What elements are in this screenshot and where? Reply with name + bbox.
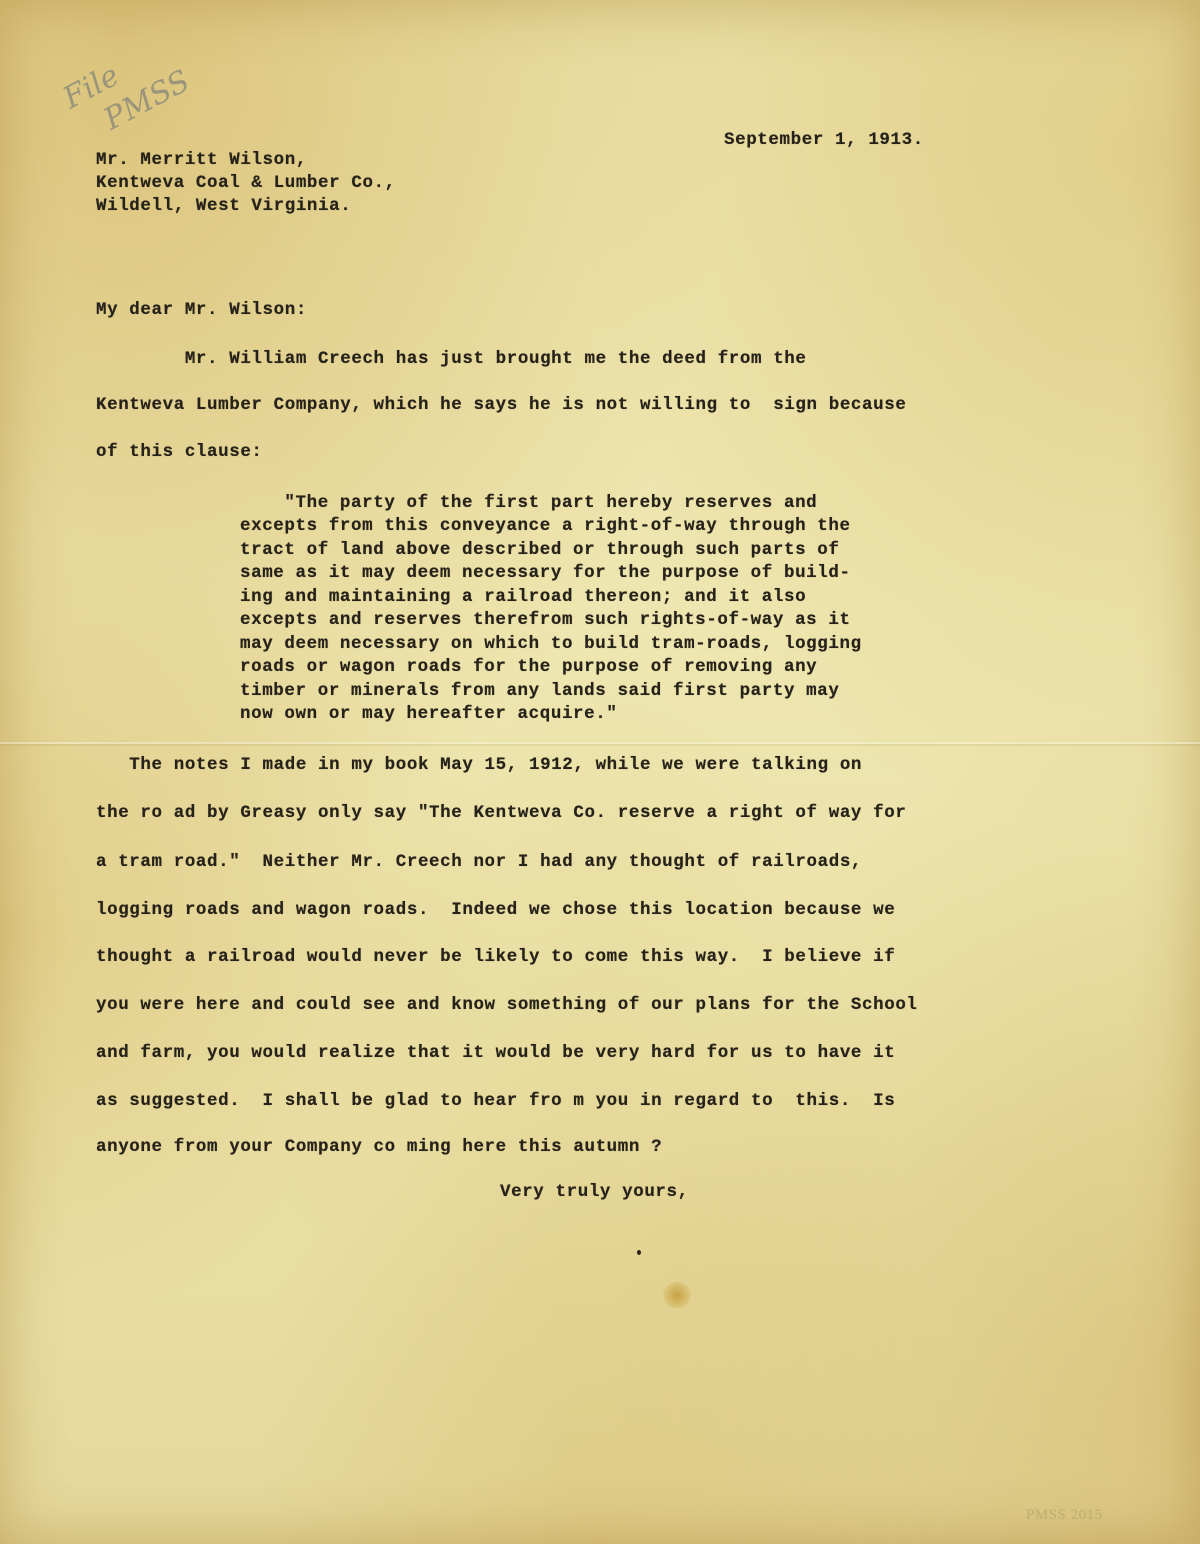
quoted-clause-line: excepts from this conveyance a right-of-…: [240, 515, 851, 539]
letter-date: September 1, 1913.: [724, 130, 924, 150]
recipient-location: Wildell, West Virginia.: [96, 194, 351, 219]
letter-page: File PMSS September 1, 1913. Mr. Merritt…: [0, 0, 1200, 1544]
quoted-clause-line: may deem necessary on which to build tra…: [240, 633, 862, 657]
ink-speck: [637, 1250, 641, 1255]
recipient-company: Kentweva Coal & Lumber Co.,: [96, 171, 396, 196]
quoted-clause-line: ing and maintaining a railroad thereon; …: [240, 586, 806, 610]
quoted-clause-line: tract of land above described or through…: [240, 539, 840, 563]
recipient-name: Mr. Merritt Wilson,: [96, 148, 307, 173]
paper-fold-line: [0, 742, 1200, 744]
quoted-clause-line: timber or minerals from any lands said f…: [240, 680, 840, 704]
paragraph1-line: Mr. William Creech has just brought me t…: [96, 349, 807, 369]
quoted-clause-line: same as it may deem necessary for the pu…: [240, 562, 851, 586]
paragraph2-line: thought a railroad would never be likely…: [96, 947, 895, 967]
paragraph2-line: as suggested. I shall be glad to hear fr…: [96, 1091, 895, 1111]
closing: Very truly yours,: [500, 1182, 689, 1202]
salutation: My dear Mr. Wilson:: [96, 300, 307, 320]
paragraph2-line: you were here and could see and know som…: [96, 995, 918, 1015]
paragraph1-line: Kentweva Lumber Company, which he says h…: [96, 395, 906, 415]
paragraph2-line: and farm, you would realize that it woul…: [96, 1043, 895, 1063]
paragraph2-line: the ro ad by Greasy only say "The Kentwe…: [96, 803, 906, 823]
handwritten-annotation: File PMSS: [58, 31, 196, 150]
paragraph2-line: The notes I made in my book May 15, 1912…: [96, 755, 862, 775]
quoted-clause-line: excepts and reserves therefrom such righ…: [240, 609, 851, 633]
paragraph2-line: anyone from your Company co ming here th…: [96, 1137, 662, 1157]
paragraph2-line: logging roads and wagon roads. Indeed we…: [96, 900, 895, 920]
paragraph1-line: of this clause:: [96, 442, 263, 462]
quoted-clause-line: now own or may hereafter acquire.": [240, 703, 617, 727]
paper-stain: [663, 1282, 691, 1308]
quoted-clause-line: roads or wagon roads for the purpose of …: [240, 656, 817, 680]
archive-watermark: PMSS 2015: [1026, 1507, 1103, 1524]
quoted-clause-line: "The party of the first part hereby rese…: [240, 492, 817, 516]
paragraph2-line: a tram road." Neither Mr. Creech nor I h…: [96, 852, 862, 872]
